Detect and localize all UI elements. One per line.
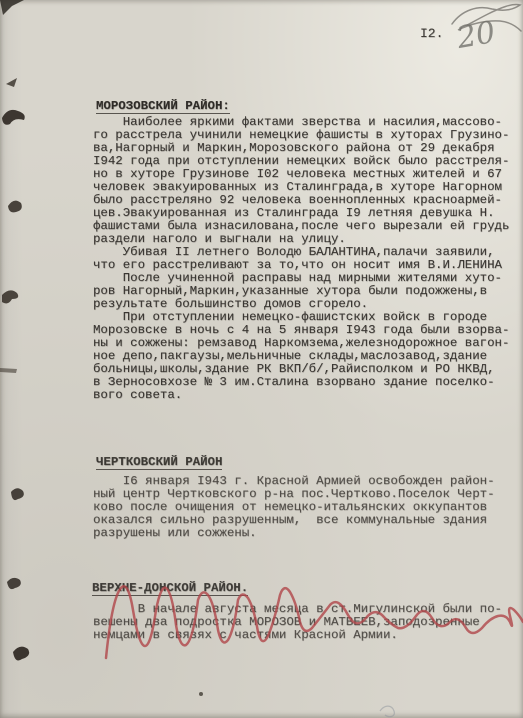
text-line: немцами в связях с частями Красной Армии… [93,629,502,642]
section-body-verkhne-donskoy: В начале августа месяца в ст.Мигулинской… [93,603,502,642]
bottom-pencil-mark [380,706,394,717]
binding-hole-mark [0,368,17,373]
binding-hole-mark [8,201,22,213]
binding-hole-mark [7,578,21,589]
handwritten-page-number: 20 [454,15,498,56]
typed-page-number: I2. [420,26,443,41]
section-heading-chertkovsky: ЧЕРТКОВСКИЙ РАЙОН [96,456,222,470]
document-page: I2. 20 МОРОЗОВСКИЙ РАЙОН: Наиболее ярким… [0,0,523,718]
section-body-chertkovsky: I6 января I943 г. Красной Армией освобож… [93,475,495,540]
section-body-morozovsky: Наиболее яркими фактами зверства и насил… [93,116,509,402]
binding-hole-mark [6,78,17,87]
section-heading-morozovsky: МОРОЗОВСКИЙ РАЙОН: [96,100,230,114]
binding-hole-mark [2,110,25,125]
text-line: вого совета. [93,389,509,402]
binding-hole-mark [2,290,18,303]
ink-dot [199,692,203,696]
section-heading-verkhne-donskoy: ВЕРХНЕ-ДОНСКОЙ РАЙОН. [92,582,248,596]
corner-smudge [0,0,24,15]
binding-hole-mark [13,647,29,661]
text-line: разрушены или сожжены. [93,527,495,540]
binding-hole-mark [11,488,24,500]
